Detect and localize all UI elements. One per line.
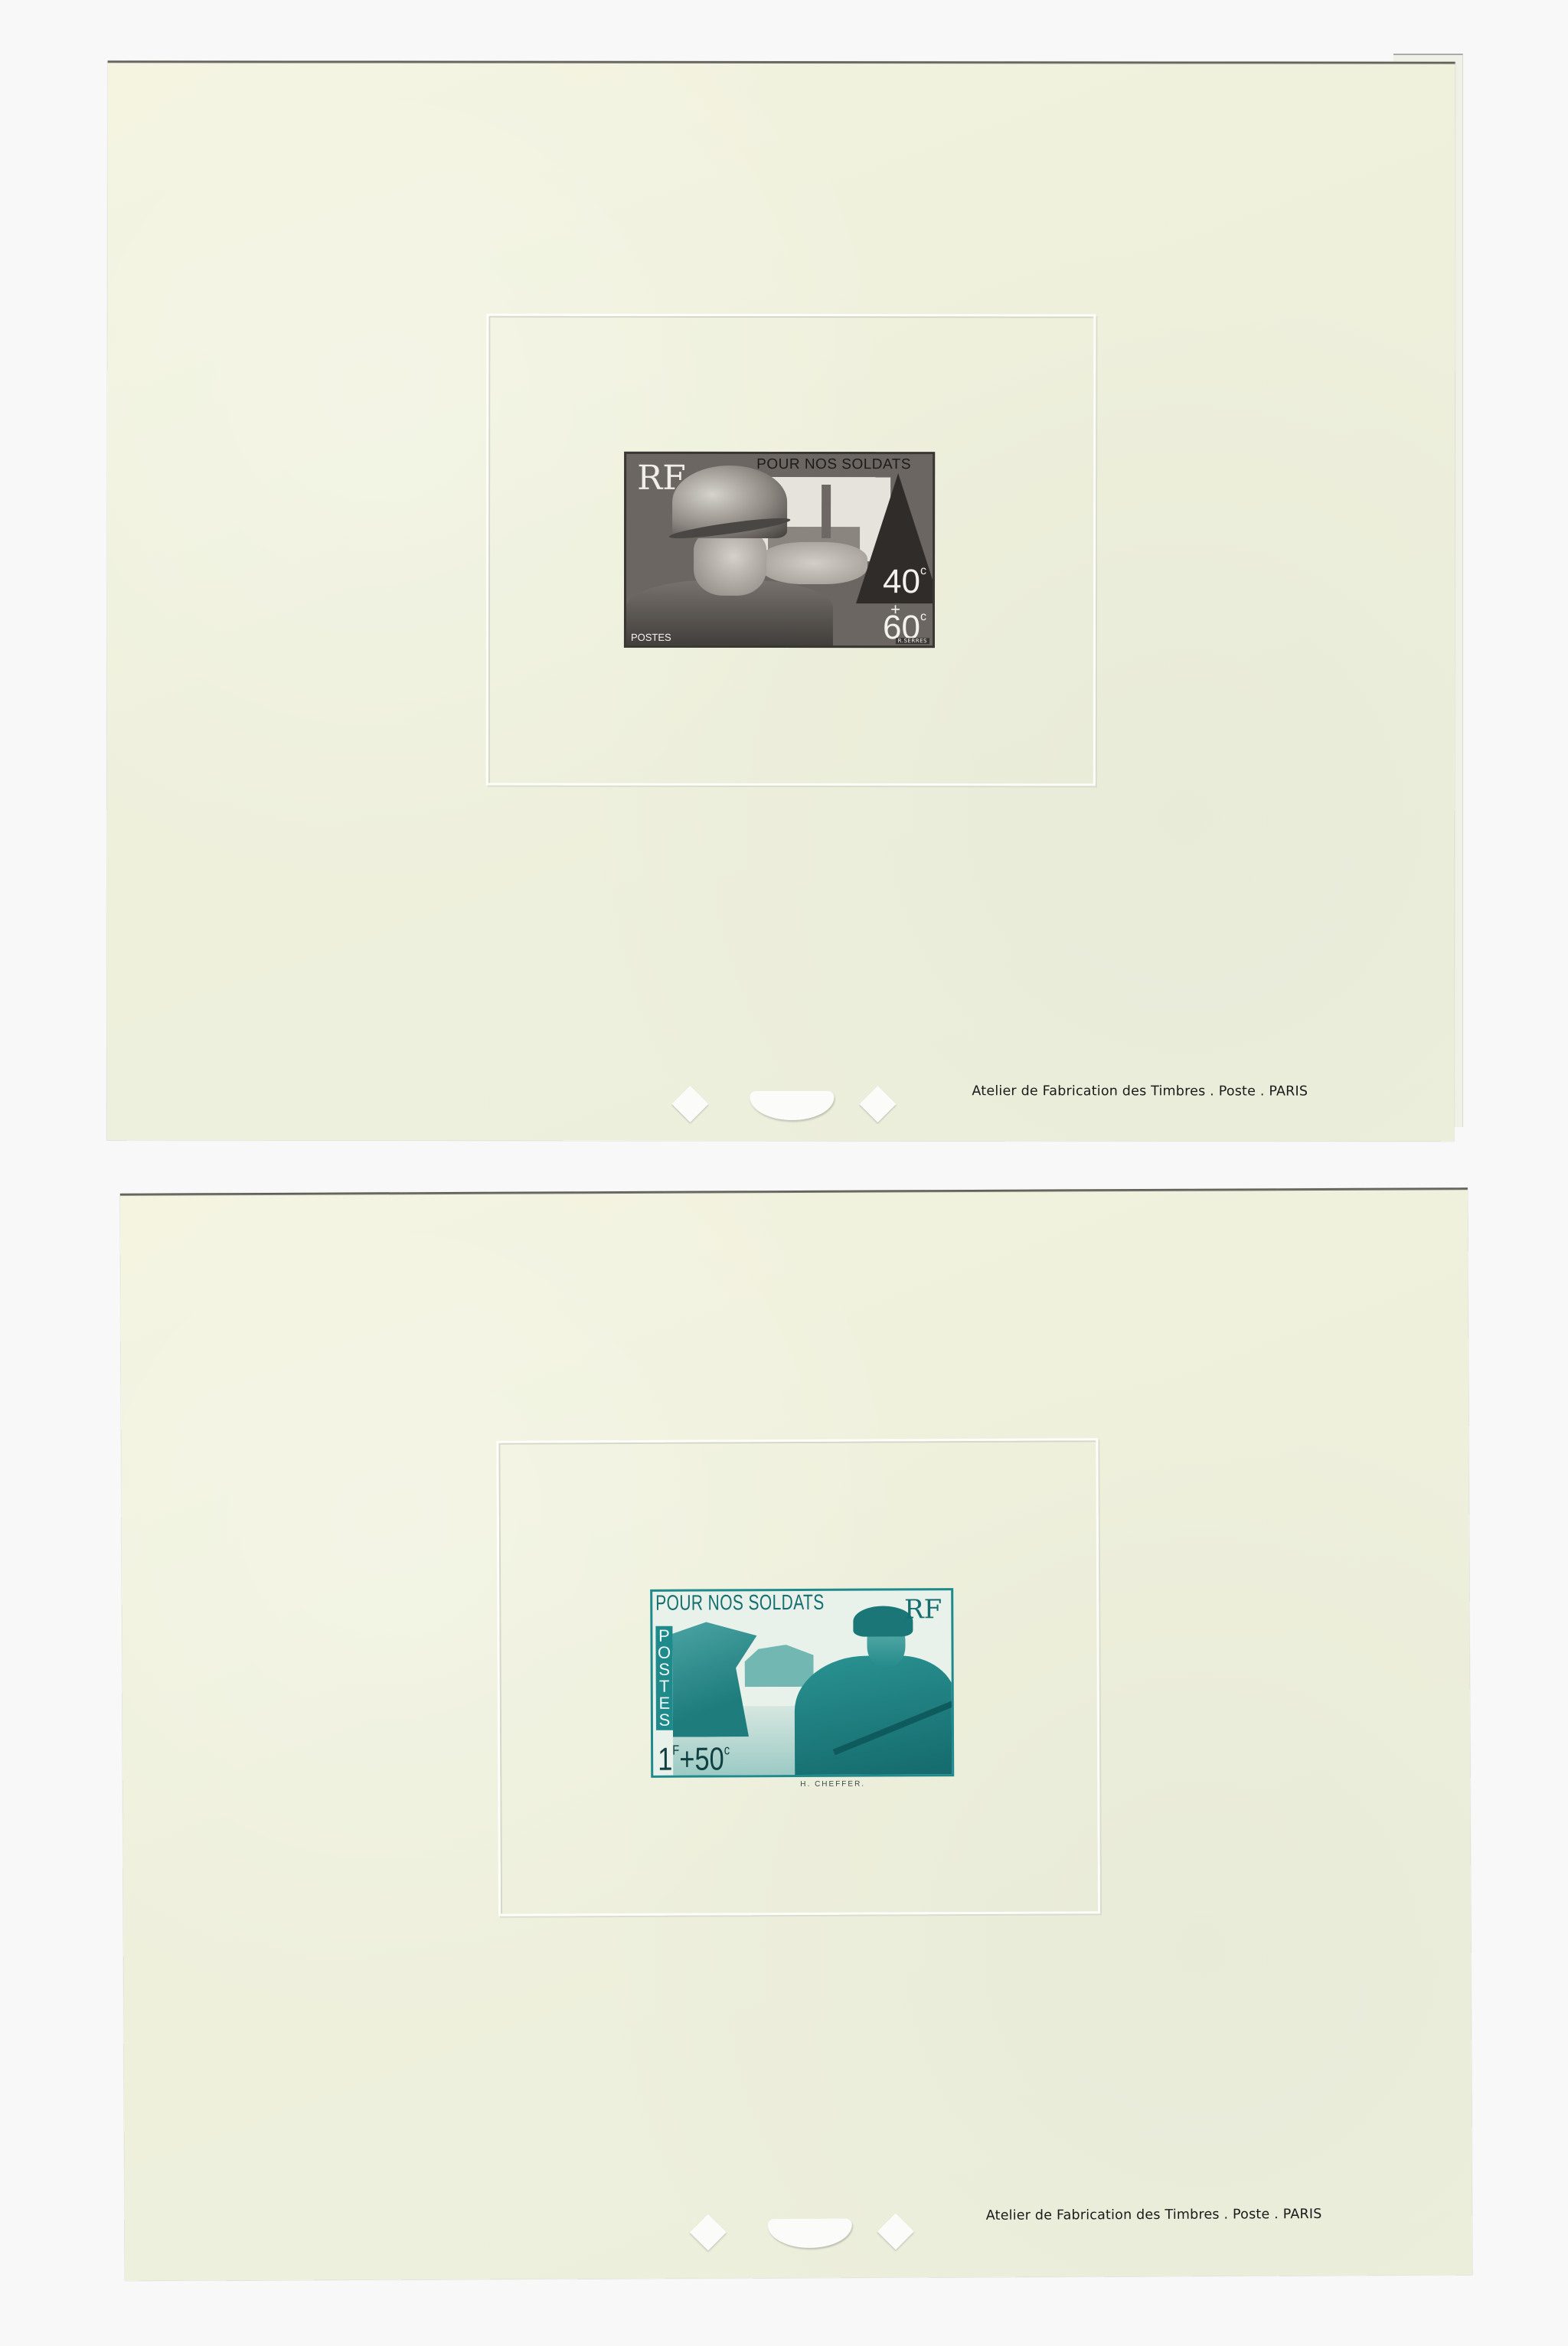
cathedral-spire bbox=[822, 485, 831, 538]
surcharge-unit: c bbox=[920, 610, 926, 623]
stamp-soldier-40c: RF POUR NOS SOLDATS 40c + 60c POSTES R.S… bbox=[624, 452, 935, 648]
engraver-signature: H. CHEFFER. bbox=[800, 1780, 865, 1789]
surcharge-unit: c bbox=[724, 1742, 730, 1757]
sheet-top-edge bbox=[108, 60, 1455, 64]
surcharge-number: 50 bbox=[694, 1740, 724, 1776]
stamp-soldier-1f: POUR NOS SOLDATS RF POSTES 1F+50c bbox=[650, 1588, 954, 1778]
tab-cutout-left bbox=[671, 1086, 708, 1122]
face-value: 40c bbox=[883, 565, 926, 599]
tab-cutout-center bbox=[768, 2219, 852, 2248]
stamp-title: POUR NOS SOLDATS bbox=[655, 1591, 824, 1614]
postes-label: POSTES bbox=[655, 1626, 673, 1730]
stamp-clouds bbox=[760, 542, 867, 584]
stamp-fortress bbox=[744, 1645, 813, 1687]
face-value: 1F+50c bbox=[658, 1743, 730, 1775]
soldier-body bbox=[795, 1655, 955, 1778]
face-value-number: 40 bbox=[883, 563, 920, 600]
proof-sheet-1: RF POUR NOS SOLDATS 40c + 60c POSTES R.S… bbox=[106, 60, 1455, 1142]
rf-monogram: RF bbox=[904, 1596, 942, 1622]
soldier-face bbox=[694, 531, 766, 596]
rf-monogram: RF bbox=[637, 462, 686, 495]
tab-cutout-center bbox=[750, 1091, 834, 1120]
printer-imprint: Atelier de Fabrication des Timbres . Pos… bbox=[972, 1083, 1308, 1099]
face-value-number: 1 bbox=[658, 1741, 672, 1777]
face-value-unit: F bbox=[672, 1743, 679, 1758]
surcharge-plus: + bbox=[679, 1741, 694, 1777]
stamp-title: POUR NOS SOLDATS bbox=[756, 456, 911, 473]
printer-imprint: Atelier de Fabrication des Timbres . Pos… bbox=[986, 2207, 1322, 2223]
tab-cutout-left bbox=[690, 2214, 727, 2250]
tab-cutout-right bbox=[877, 2213, 914, 2250]
palm-trees bbox=[672, 1622, 757, 1737]
face-value-unit: c bbox=[920, 564, 926, 577]
sheet-top-edge bbox=[120, 1188, 1468, 1196]
proof-sheet-2: POUR NOS SOLDATS RF POSTES 1F+50c H. CHE… bbox=[120, 1188, 1472, 2281]
postes-label: POSTES bbox=[631, 632, 671, 643]
engraver-signature: R.SERRES bbox=[896, 638, 929, 644]
tab-cutout-right bbox=[859, 1086, 896, 1122]
